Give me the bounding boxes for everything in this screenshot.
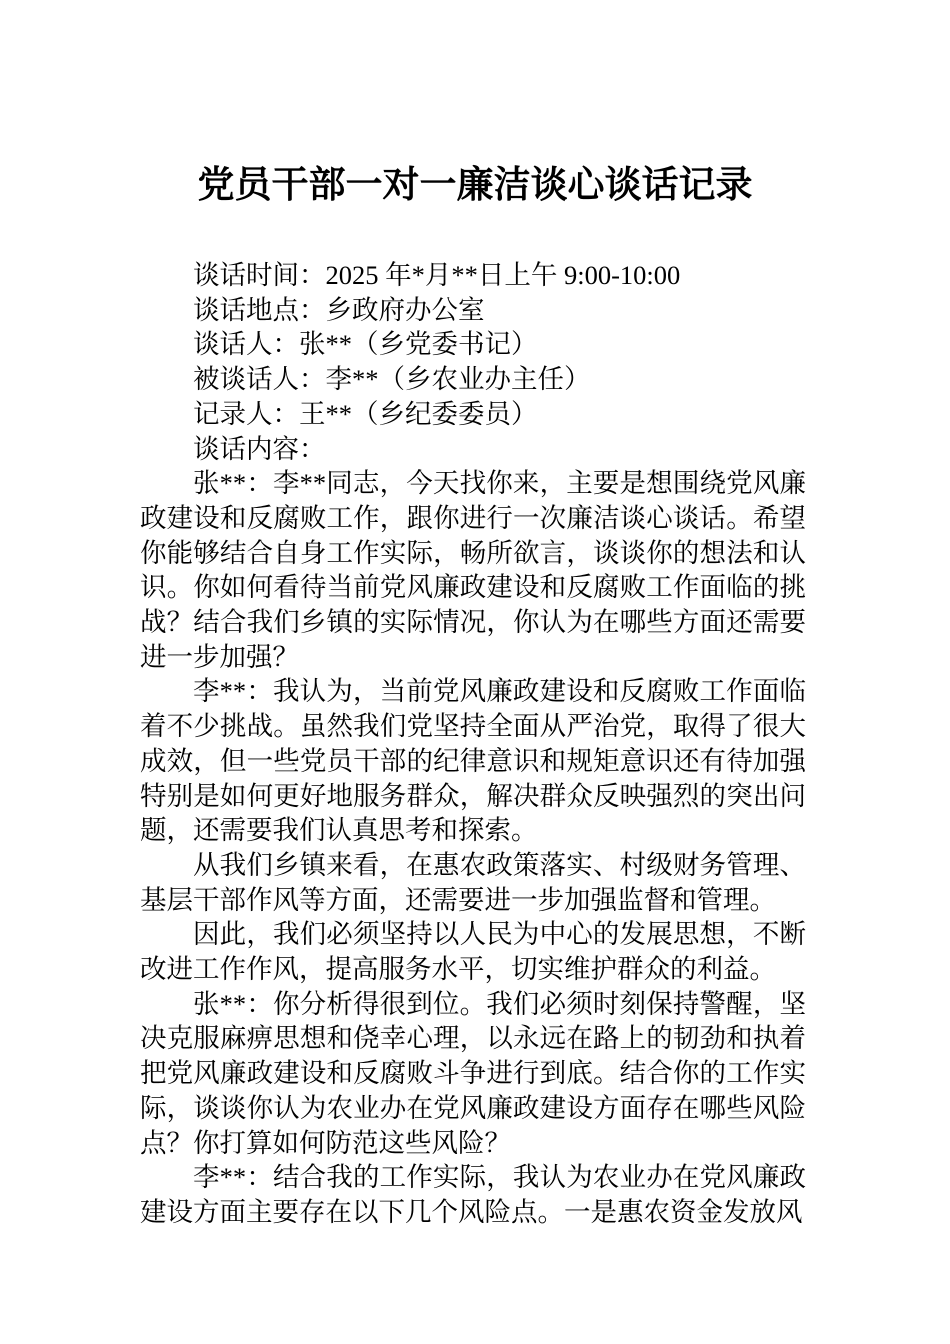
paragraph-zhang-opening: 张**：李**同志，今天找你来，主要是想围绕党风廉政建设和反腐败工作，跟你进行一… (140, 466, 806, 674)
document-body: 谈话时间：2025 年*月**日上午 9:00-10:00 谈话地点：乡政府办公… (140, 258, 806, 1230)
meta-line-recorder: 记录人：王**（乡纪委委员） (140, 397, 806, 432)
document-title: 党员干部一对一廉洁谈心谈话记录 (0, 163, 950, 209)
meta-line-talk-time: 谈话时间：2025 年*月**日上午 9:00-10:00 (140, 258, 806, 293)
document-page: 党员干部一对一廉洁谈心谈话记录 谈话时间：2025 年*月**日上午 9:00-… (0, 0, 950, 1344)
meta-line-content-heading: 谈话内容： (140, 432, 806, 467)
meta-line-interviewee: 被谈话人：李**（乡农业办主任） (140, 362, 806, 397)
paragraph-zhang-response: 张**：你分析得很到位。我们必须时刻保持警醒，坚决克服麻痹思想和侥幸心理，以永远… (140, 987, 806, 1161)
meta-line-interviewer: 谈话人：张**（乡党委书记） (140, 327, 806, 362)
paragraph-li-township-view: 从我们乡镇来看，在惠农政策落实、村级财务管理、基层干部作风等方面，还需要进一步加… (140, 848, 806, 917)
paragraph-li-people-centered: 因此，我们必须坚持以人民为中心的发展思想，不断改进工作作风，提高服务水平，切实维… (140, 917, 806, 986)
paragraph-li-risk-points: 李**：结合我的工作实际，我认为农业办在党风廉政建设方面主要存在以下几个风险点。… (140, 1160, 806, 1229)
meta-line-talk-place: 谈话地点：乡政府办公室 (140, 293, 806, 328)
paragraph-li-challenges: 李**：我认为，当前党风廉政建设和反腐败工作面临着不少挑战。虽然我们党坚持全面从… (140, 674, 806, 848)
